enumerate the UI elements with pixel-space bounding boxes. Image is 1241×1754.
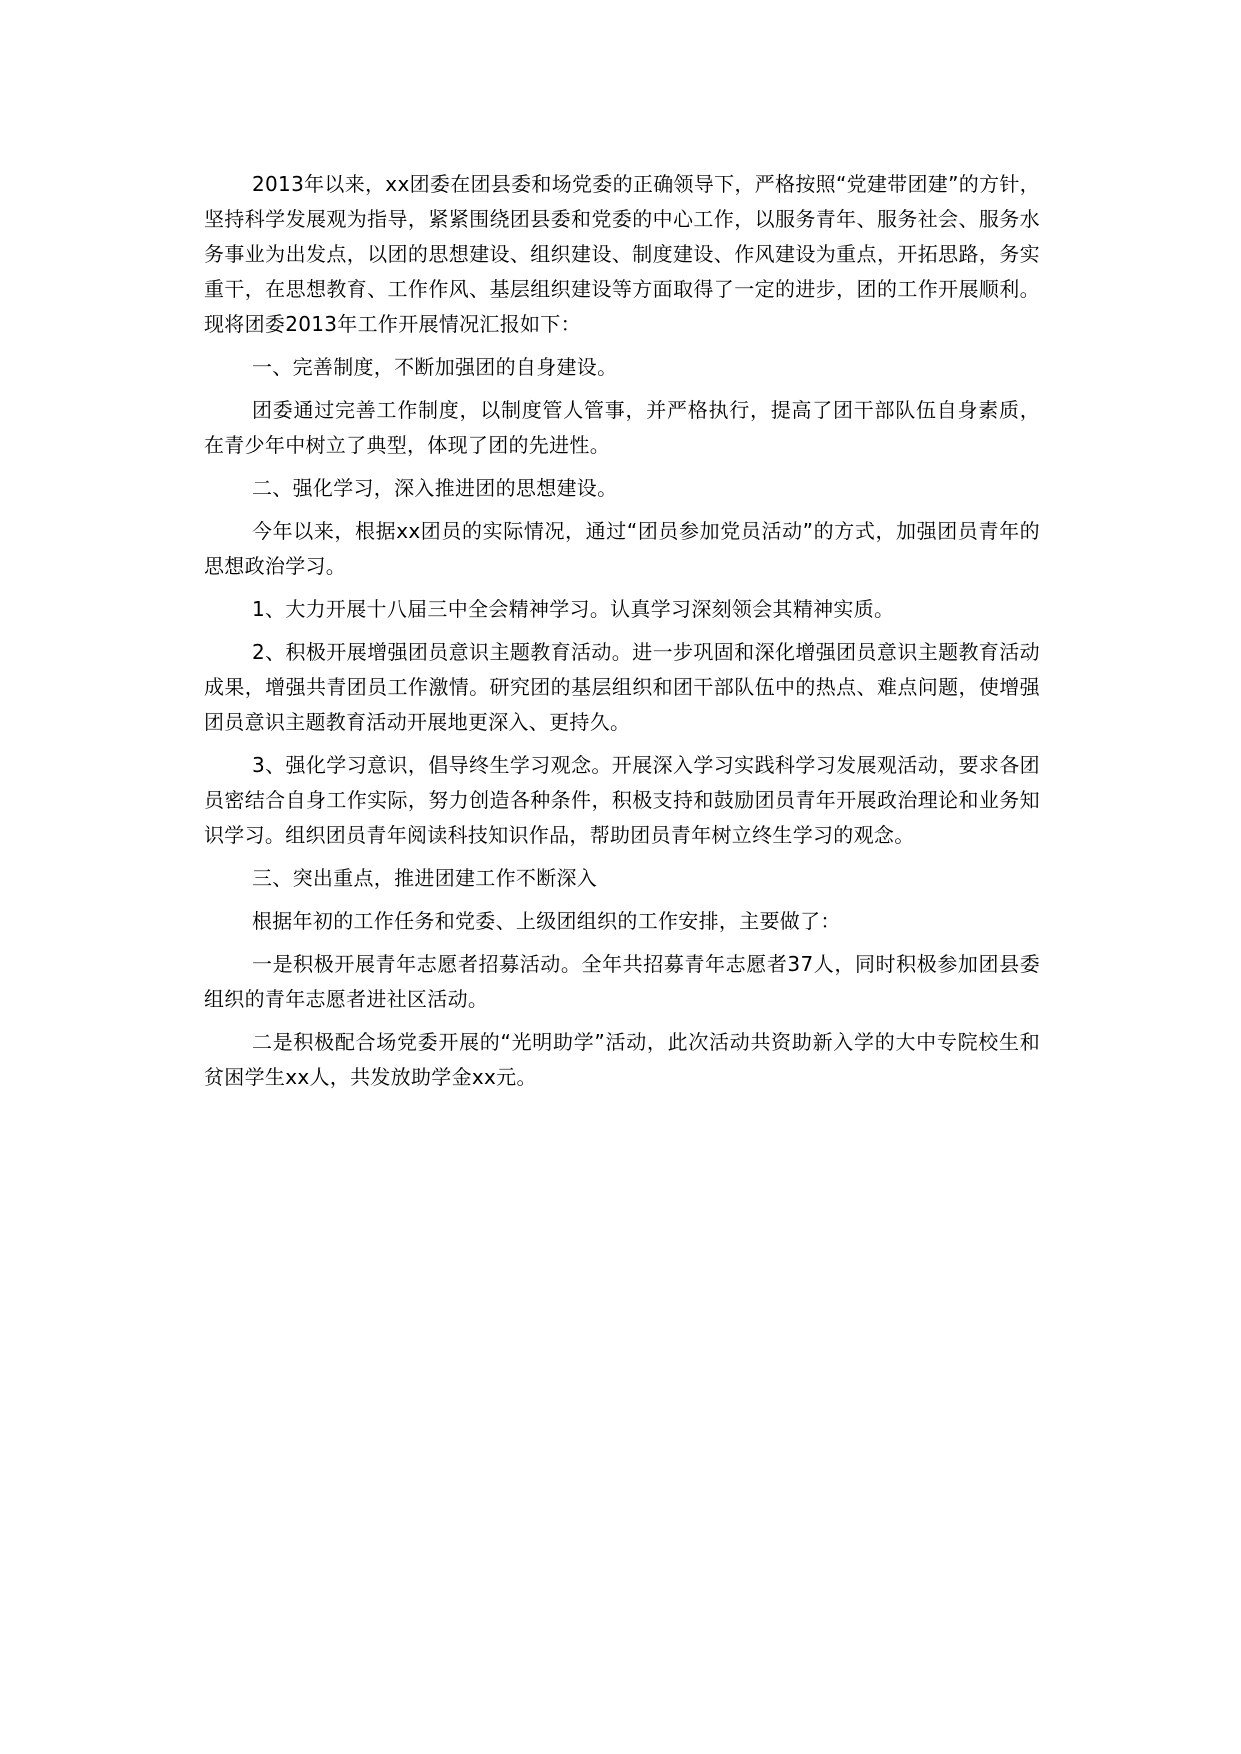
section-1-paragraph: 团委通过完善工作制度，以制度管人管事，并严格执行，提高了团干部队伍自身素质，在青… [204, 393, 1040, 463]
section-2-item-3: 3、强化学习意识，倡导终生学习观念。开展深入学习实践科学习发展观活动，要求各团员… [204, 748, 1040, 853]
section-2-item-2: 2、积极开展增强团员意识主题教育活动。进一步巩固和深化增强团员意识主题教育活动成… [204, 635, 1040, 740]
section-2-item-1: 1、大力开展十八届三中全会精神学习。认真学习深刻领会其精神实质。 [204, 592, 1040, 627]
section-3-point-2: 二是积极配合场党委开展的“光明助学”活动，此次活动共资助新入学的大中专院校生和贫… [204, 1025, 1040, 1095]
document-body: 2013年以来，xx团委在团县委和场党委的正确领导下，严格按照“党建带团建”的方… [204, 167, 1040, 1103]
section-2-paragraph: 今年以来，根据xx团员的实际情况，通过“团员参加党员活动”的方式，加强团员青年的… [204, 514, 1040, 584]
document-page: 2013年以来，xx团委在团县委和场党委的正确领导下，严格按照“党建带团建”的方… [0, 0, 1241, 1754]
section-3-paragraph: 根据年初的工作任务和党委、上级团组织的工作安排，主要做了： [204, 904, 1040, 939]
section-heading-1: 一、完善制度，不断加强团的自身建设。 [204, 350, 1040, 385]
section-heading-3: 三、突出重点，推进团建工作不断深入 [204, 861, 1040, 896]
section-heading-2: 二、强化学习，深入推进团的思想建设。 [204, 471, 1040, 506]
intro-paragraph: 2013年以来，xx团委在团县委和场党委的正确领导下，严格按照“党建带团建”的方… [204, 167, 1040, 342]
section-3-point-1: 一是积极开展青年志愿者招募活动。全年共招募青年志愿者37人，同时积极参加团县委组… [204, 947, 1040, 1017]
